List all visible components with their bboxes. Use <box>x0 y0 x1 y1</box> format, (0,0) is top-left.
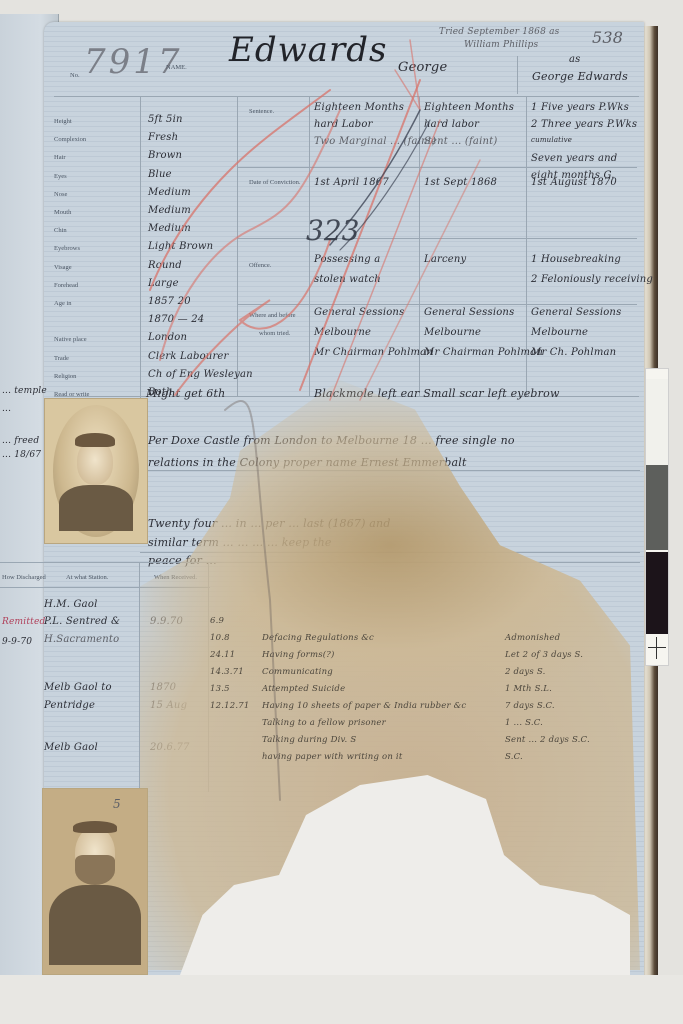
sentence-text: hard Labor <box>314 119 373 130</box>
description-label: Height <box>54 118 72 125</box>
offence-description: Having forms(?) <box>262 650 335 660</box>
photo-later-portrait: 5 <box>42 788 148 975</box>
given-name: George <box>398 60 447 75</box>
sentence-text: 1 Five years P.Wks <box>531 102 629 113</box>
description-value: Blue <box>148 169 172 180</box>
crosshair-icon <box>656 637 657 659</box>
left-margin-note: ... 18/67 <box>2 450 41 460</box>
station-entry: Melb Gaol to <box>44 682 112 693</box>
how-discharged-header: How Discharged <box>2 574 46 581</box>
station-entry: P.L. Sentred & <box>44 616 120 627</box>
description-label: Read or write <box>54 391 89 398</box>
description-value: 1857 20 <box>148 296 191 307</box>
offence-description: Talking during Div. S <box>262 735 356 745</box>
punishment: 2 days S. <box>505 667 546 677</box>
left-margin-note: ... freed <box>2 436 39 446</box>
description-value: Medium <box>148 205 191 216</box>
left-margin-note: Remitted <box>2 617 45 627</box>
divider <box>517 56 518 94</box>
offence-date: 13.5 <box>210 684 230 694</box>
left-margin-note: 9-9-70 <box>2 637 32 647</box>
description-value: 1870 — 24 <box>148 314 204 325</box>
court-text: Melbourne <box>424 327 481 338</box>
sentence-text: 2 Three years P.Wks <box>531 119 637 130</box>
offence-date: 12.12.71 <box>210 701 249 711</box>
left-margin-note: ... <box>2 404 11 414</box>
description-label: Hair <box>54 154 66 161</box>
court-text: General Sessions <box>314 307 404 318</box>
description-value: Ch of Eng Wesleyan <box>148 369 253 380</box>
court-text: Melbourne <box>531 327 588 338</box>
divider <box>140 96 141 436</box>
punishment: 1 ... S.C. <box>505 718 543 728</box>
marks-value: Might get 6th <box>146 387 225 400</box>
crosshair-icon <box>648 647 666 648</box>
sentence-text: hard labor <box>424 119 479 130</box>
description-label: Complexion <box>54 136 86 143</box>
left-margin-note: ... temple <box>2 386 47 396</box>
court-text: Mr Chairman Pohlman <box>314 347 433 358</box>
offence-description: having paper with writing on it <box>262 752 402 762</box>
conviction-label: Date of Conviction. <box>249 179 300 186</box>
offence-text: stolen watch <box>314 274 381 285</box>
color-calibration-strip <box>645 368 669 666</box>
page-number: 538 <box>592 28 623 47</box>
description-label: Visage <box>54 264 72 271</box>
punishment: 7 days S.C. <box>505 701 555 711</box>
description-label: Eyebrows <box>54 245 80 252</box>
header-note-1: Tried September 1868 as <box>439 27 559 37</box>
description-value: Medium <box>148 223 191 234</box>
punishment: Sent ... 2 days S.C. <box>505 735 590 745</box>
offence-description: Talking to a fellow prisoner <box>262 718 386 728</box>
description-value: Light Brown <box>148 241 213 252</box>
description-label: Eyes <box>54 173 67 180</box>
description-value: London <box>148 332 187 343</box>
description-value: 5ft 5in <box>148 114 183 125</box>
offence-date: 24.11 <box>210 650 235 660</box>
no-label: No. <box>70 72 80 79</box>
description-label: Nose <box>54 191 67 198</box>
sentence-text: Two Marginal ... (faint) <box>314 136 436 147</box>
description-label: Religion <box>54 373 76 380</box>
description-value: Fresh <box>148 132 178 143</box>
divider <box>54 96 639 97</box>
description-value: Clerk Labourer <box>148 351 229 362</box>
name-label: NAME. <box>166 64 187 71</box>
punishment: Let 2 of 3 days S. <box>505 650 583 660</box>
description-label: Age in <box>54 300 72 307</box>
header-note-2: William Phillips <box>464 40 538 50</box>
calibration-black <box>646 552 668 634</box>
register-number: 7917 <box>84 42 183 82</box>
station-entry: H.M. Gaol <box>44 599 97 610</box>
alias-prefix: as <box>569 54 581 65</box>
divider <box>237 167 637 168</box>
offence-label: Offence. <box>249 262 271 269</box>
description-label: Chin <box>54 227 67 234</box>
divider <box>237 304 637 305</box>
court-text: General Sessions <box>531 307 621 318</box>
offence-text: 1 Housebreaking <box>531 254 621 265</box>
divider <box>309 96 310 396</box>
photo-hair <box>75 433 115 447</box>
calibration-grey <box>646 465 668 550</box>
alias: George Edwards <box>532 70 628 83</box>
sentence-text: cumulative <box>531 136 572 144</box>
conviction-date: 1st Sept 1868 <box>424 177 497 188</box>
conviction-date: 1st August 1870 <box>531 177 617 188</box>
photo-coat <box>59 485 133 531</box>
surname: Edwards <box>229 30 387 70</box>
offence-date: 10.8 <box>210 633 230 643</box>
photo-coat <box>49 885 141 965</box>
calibration-white <box>646 379 668 465</box>
station-header: At what Station. <box>66 574 108 581</box>
punishment: S.C. <box>505 752 523 762</box>
offence-date: 14.3.71 <box>210 667 244 677</box>
court-text: Melbourne <box>314 327 371 338</box>
offence-date: 6.9 <box>210 616 224 626</box>
photo-number: 5 <box>113 797 121 811</box>
station-entry: H.Sacramento <box>44 634 119 645</box>
page-bottom <box>0 975 683 1024</box>
punishment: 1 Mth S.L. <box>505 684 552 694</box>
station-entry: Pentridge <box>44 700 95 711</box>
sentence-text: Eighteen Months <box>424 102 514 113</box>
sentence-label: Sentence. <box>249 108 274 115</box>
description-value: Medium <box>148 187 191 198</box>
punishment: Admonished <box>505 633 560 643</box>
photo-beard <box>75 855 115 885</box>
offence-description: Communicating <box>262 667 333 677</box>
offence-description: Defacing Regulations &c <box>262 633 374 643</box>
offence-text: 2 Feloniously receiving <box>531 274 653 285</box>
sentence-text: Seven years and <box>531 153 617 164</box>
sentence-text: Sent ... (faint) <box>424 136 497 147</box>
conviction-date: 1st April 1867 <box>314 177 389 188</box>
description-label: Forehead <box>54 282 78 289</box>
where-label-2: whom tried. <box>259 330 290 337</box>
court-text: General Sessions <box>424 307 514 318</box>
description-value: Large <box>148 278 179 289</box>
offence-description: Having 10 sheets of paper & India rubber… <box>262 701 466 711</box>
offence-description: Attempted Suicide <box>262 684 345 694</box>
divider <box>237 238 637 239</box>
divider <box>139 562 140 792</box>
sentence-text: Eighteen Months <box>314 102 404 113</box>
divider <box>237 96 238 396</box>
description-value: Brown <box>148 150 182 161</box>
offence-text: Possessing a <box>314 254 380 265</box>
court-text: Mr Ch. Pohlman <box>531 347 616 358</box>
where-label-1: Where and before <box>249 312 296 319</box>
offence-text: Larceny <box>424 254 466 265</box>
description-label: Mouth <box>54 209 71 216</box>
station-entry: Melb Gaol <box>44 742 98 753</box>
photo-early-portrait <box>44 398 148 544</box>
court-text: Mr Chairman Pohlman <box>424 347 543 358</box>
description-value: Round <box>148 260 182 271</box>
description-label: Trade <box>54 355 69 362</box>
description-label: Native place <box>54 336 87 343</box>
photo-hair <box>73 821 117 833</box>
